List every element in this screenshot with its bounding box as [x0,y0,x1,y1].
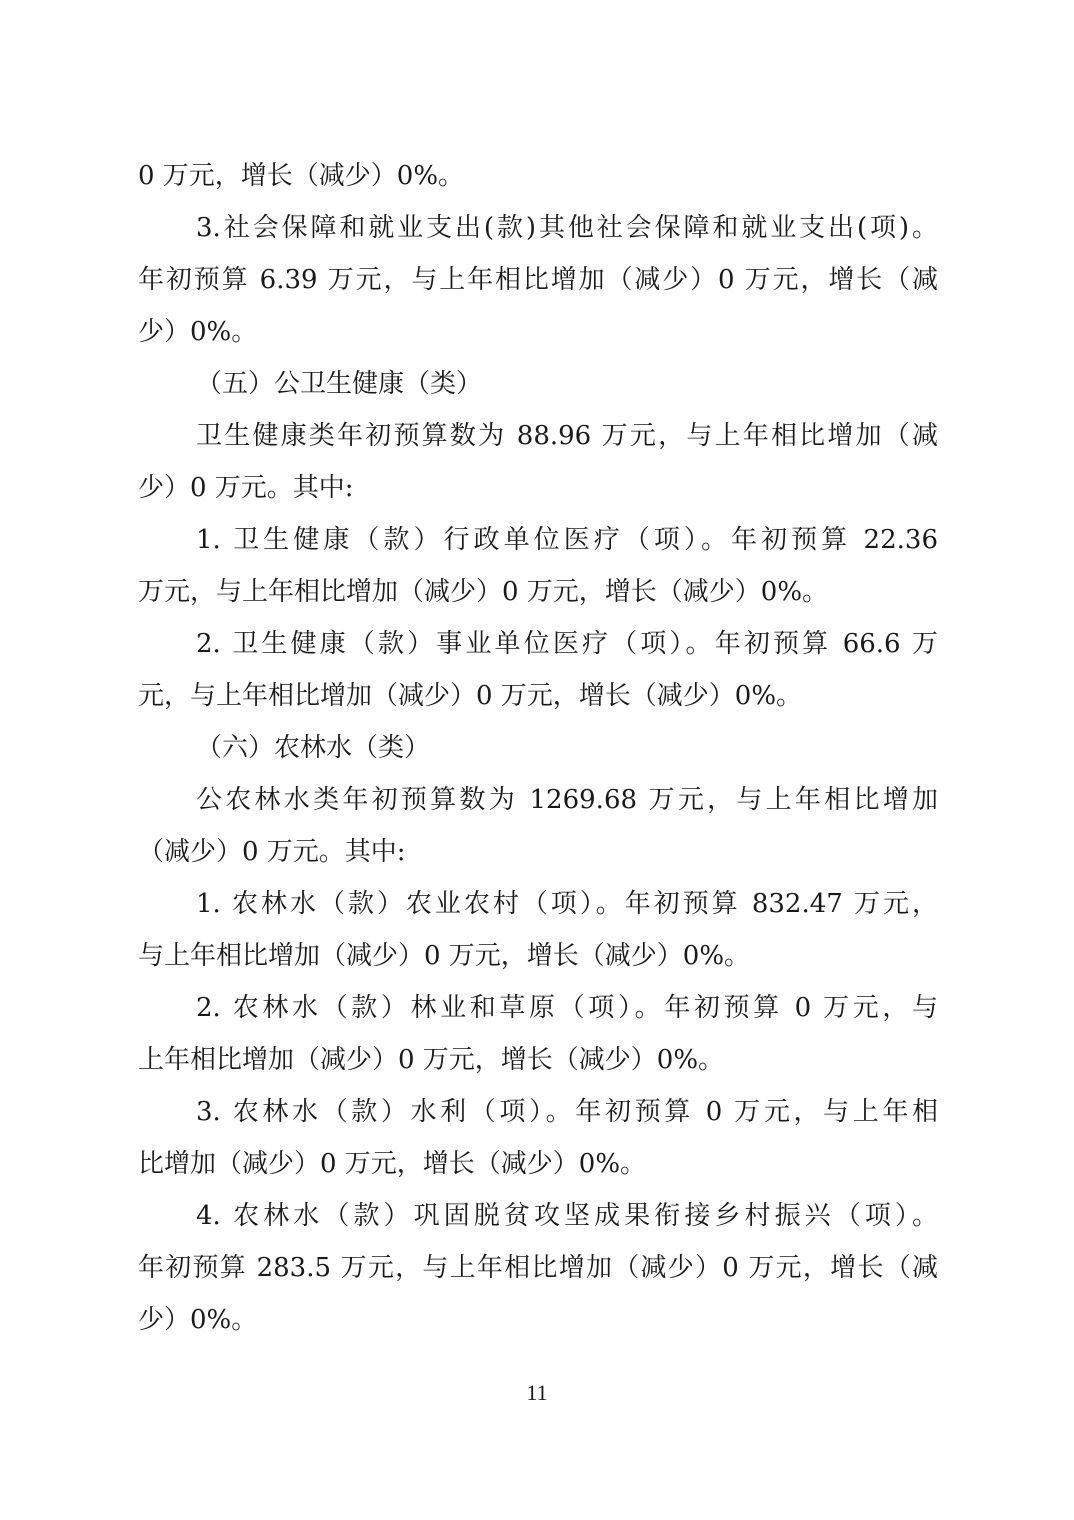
paragraph-line: 2. 农林水（款）林业和草原（项）。年初预算 0 万元，与 [196,988,938,1028]
paragraph-line: （减少）0 万元。其中: [138,832,406,872]
paragraph-line: 上年相比增加（减少）0 万元，增长（减少）0%。 [138,1040,724,1080]
paragraph-line: 少）0%。 [138,1300,257,1340]
paragraph-line: 万元，与上年相比增加（减少）0 万元，增长（减少）0%。 [138,572,828,612]
paragraph-line: 与上年相比增加（减少）0 万元，增长（减少）0%。 [138,936,750,976]
paragraph-line: 少）0%。 [138,312,257,352]
paragraph-line: 1. 农林水（款）农业农村（项）。年初预算 832.47 万元， [196,884,938,924]
paragraph-line: 0 万元，增长（减少）0%。 [138,156,464,196]
paragraph-line: 4. 农林水（款）巩固脱贫攻坚成果衔接乡村振兴（项）。 [196,1196,938,1236]
paragraph-line: 元，与上年相比增加（减少）0 万元，增长（减少）0%。 [138,676,802,716]
paragraph-line: 少）0 万元。其中: [138,468,354,508]
paragraph-line: 3. 农林水（款）水利（项）。年初预算 0 万元，与上年相 [196,1092,938,1132]
page-number: 11 [0,1378,1074,1408]
paragraph-line: 卫生健康类年初预算数为 88.96 万元，与上年相比增加（减 [196,416,938,456]
paragraph-line: 1. 卫生健康（款）行政单位医疗（项）。年初预算 22.36 [196,520,938,560]
paragraph-line: 比增加（减少）0 万元，增长（减少）0%。 [138,1144,646,1184]
document-page: 0 万元，增长（减少）0%。 3.社会保障和就业支出(款)其他社会保障和就业支出… [0,0,1074,1520]
paragraph-line: 3.社会保障和就业支出(款)其他社会保障和就业支出(项)。 [196,208,938,248]
paragraph-line: 年初预算 6.39 万元，与上年相比增加（减少）0 万元，增长（减 [138,260,938,300]
paragraph-line: 2. 卫生健康（款）事业单位医疗（项）。年初预算 66.6 万 [196,624,938,664]
section-heading-health: （五）公卫生健康（类） [196,364,482,404]
paragraph-line: 公农林水类年初预算数为 1269.68 万元，与上年相比增加 [196,780,938,820]
paragraph-line: 年初预算 283.5 万元，与上年相比增加（减少）0 万元，增长（减 [138,1248,938,1288]
section-heading-agriculture: （六）农林水（类） [196,728,430,768]
